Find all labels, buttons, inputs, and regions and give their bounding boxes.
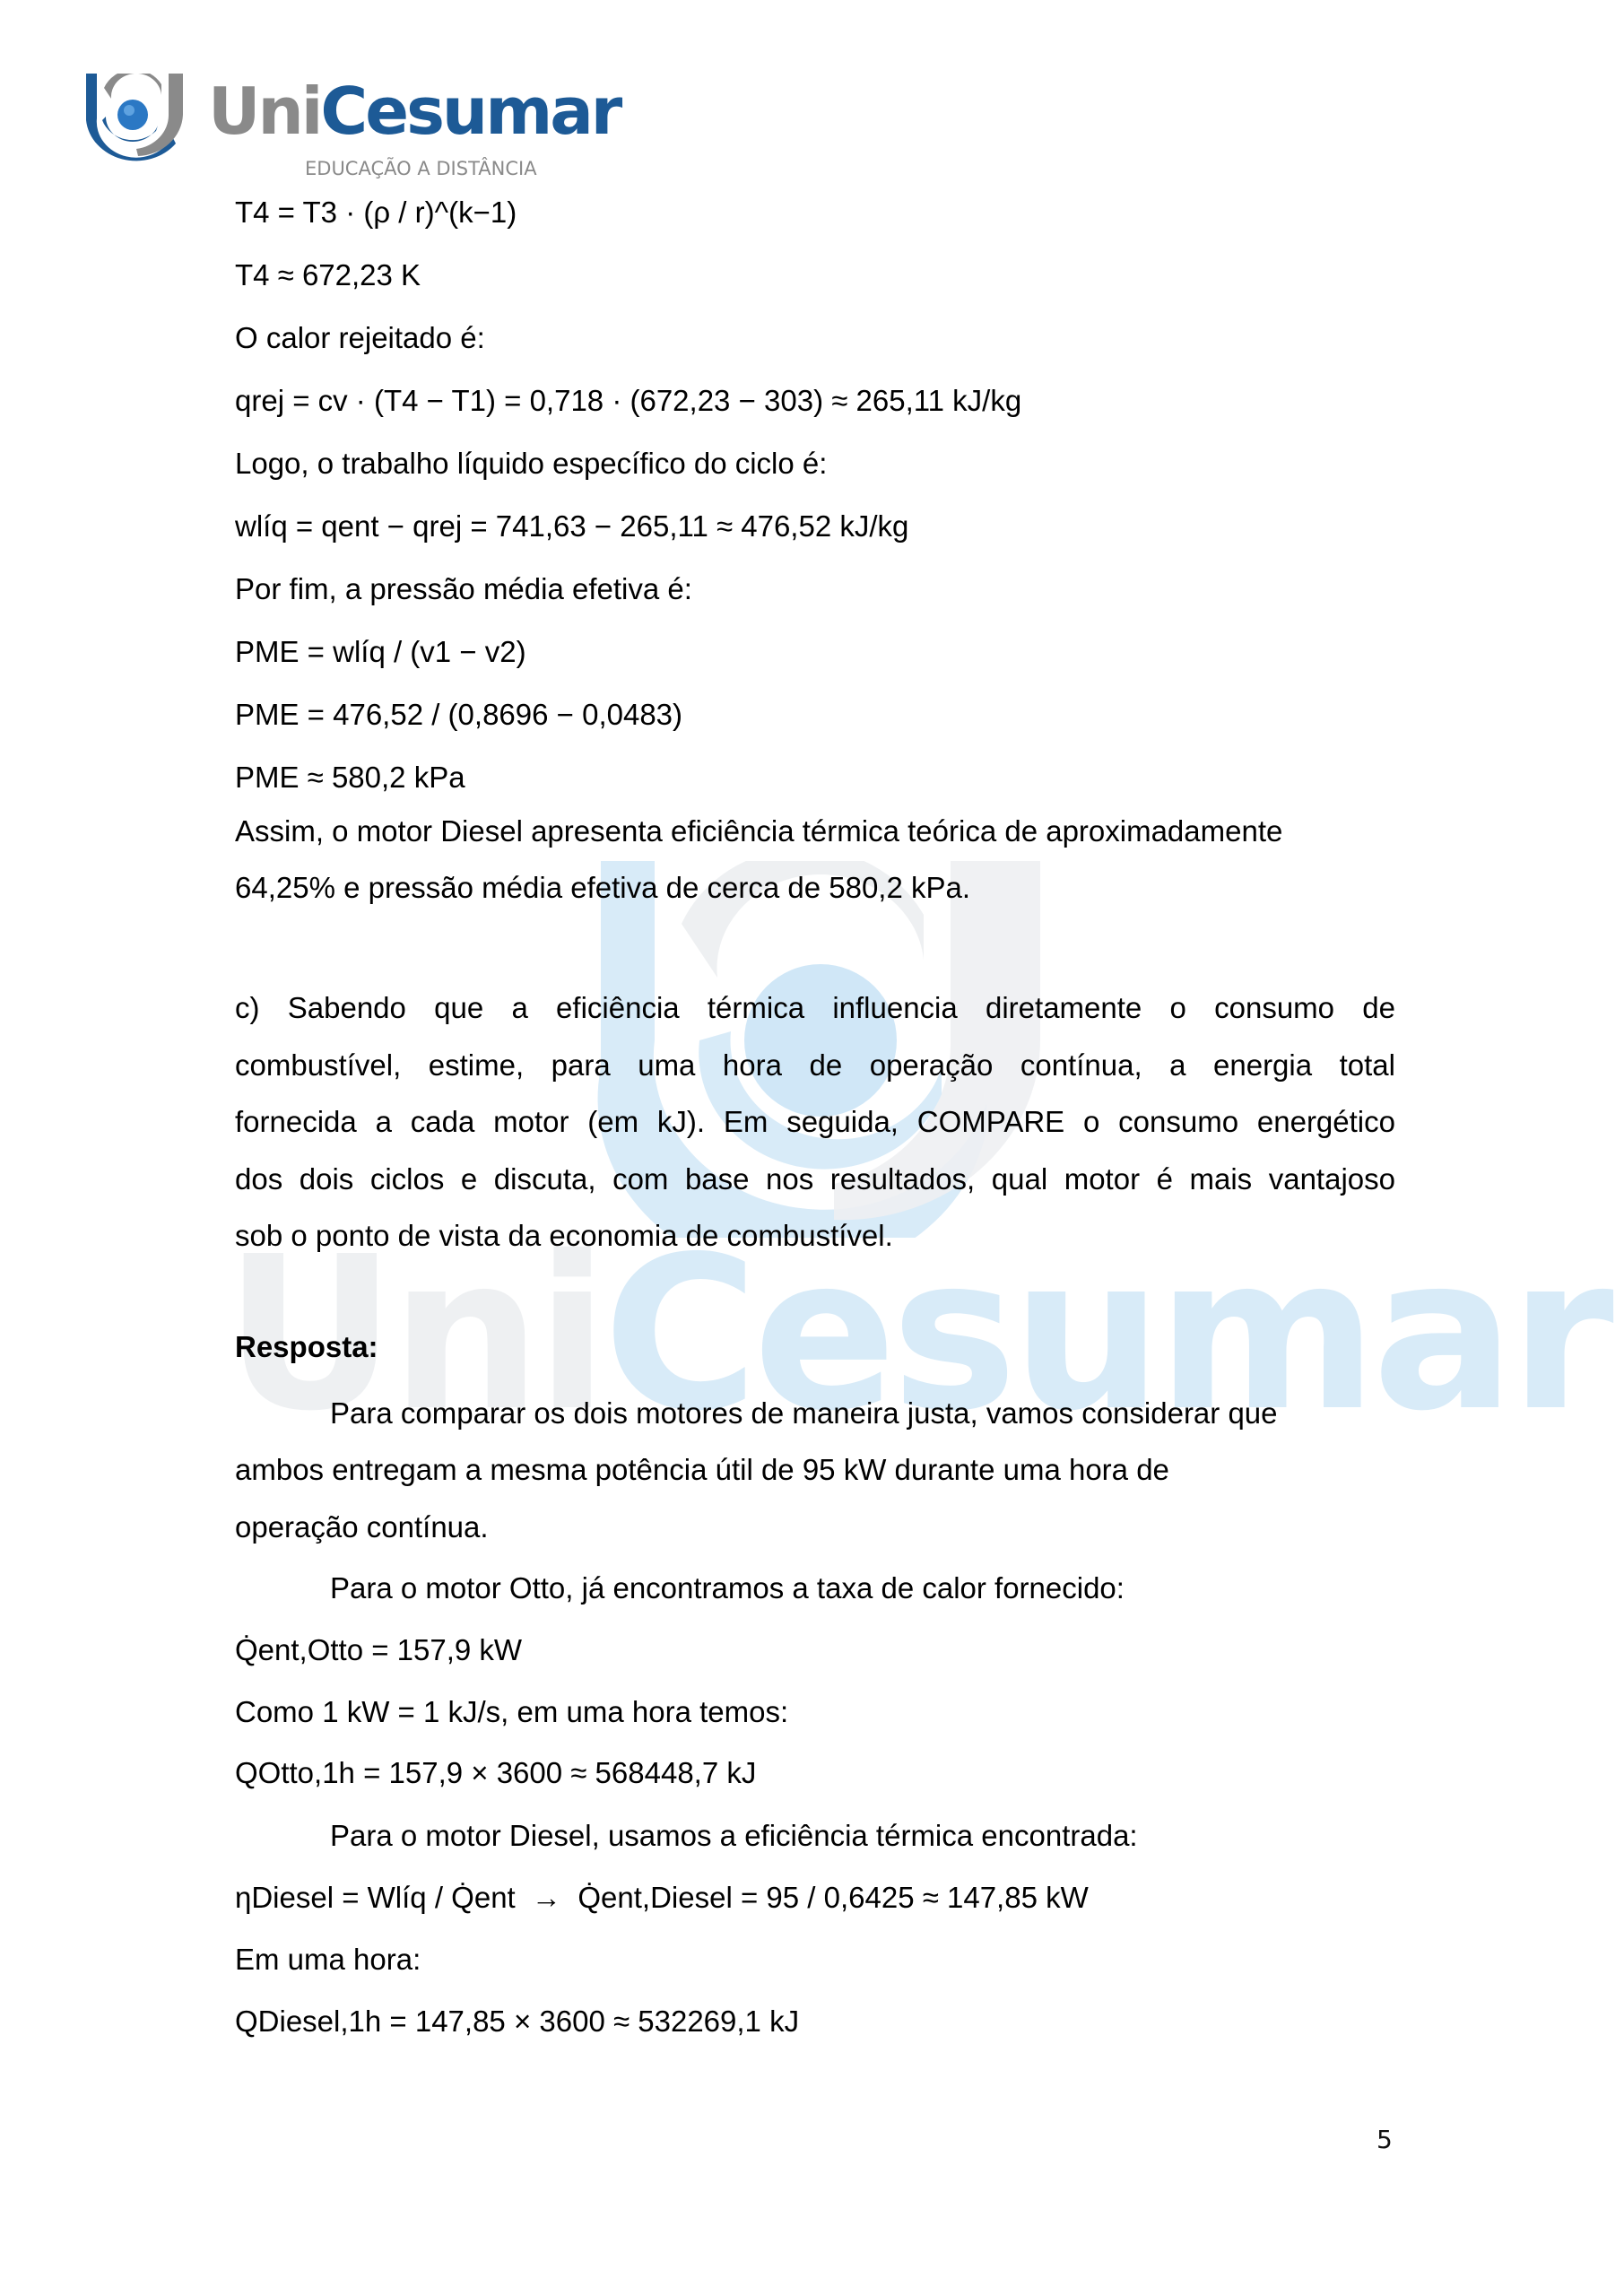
answer-intro-line: Para comparar os dois motores de maneira… [330,1396,1278,1430]
equation-line: T4 ≈ 672,23 K [235,258,421,291]
equation-line: T4 = T3 · (ρ / r)^(k−1) [235,196,517,229]
diesel-line: QDiesel,1h = 147,85 × 3600 ≈ 532269,1 kJ [235,2005,799,2038]
question-c-line: c) Sabendo que a eficiência térmica infl… [235,979,1395,1037]
question-c-line: dos dois ciclos e discuta, com base nos … [235,1151,1395,1208]
conclusion-line: Assim, o motor Diesel apresenta eficiênc… [235,814,1282,848]
question-c-line: sob o ponto de vista da economia de comb… [235,1207,1395,1265]
equation-line: PME ≈ 580,2 kPa [235,761,465,794]
otto-intro: Para o motor Otto, já encontramos a taxa… [330,1571,1125,1605]
question-c-line: fornecida a cada motor (em kJ). Em segui… [235,1093,1395,1151]
conclusion-line: 64,25% e pressão média efetiva de cerca … [235,871,970,904]
equation-line: qrej = cv · (T4 − T1) = 0,718 · (672,23 … [235,384,1021,417]
answer-heading: Resposta: [235,1330,378,1363]
logo-wordmark-cesumar: Cesumar [320,74,620,149]
question-c-paragraph: c) Sabendo que a eficiência térmica infl… [235,979,1395,1265]
logo-emblem-icon [83,74,188,161]
page-number: 5 [1376,2127,1393,2152]
answer-intro-line: operação contínua. [235,1510,489,1544]
document-page: UniCesumar UniCesumar EDUCAÇÃO A DISTÂNC… [0,0,1624,2296]
diesel-line: Em uma hora: [235,1943,421,1976]
equation-line: PME = 476,52 / (0,8696 − 0,0483) [235,698,682,731]
logo-wordmark: UniCesumar [208,79,620,143]
otto-line: Como 1 kW = 1 kJ/s, em uma hora temos: [235,1695,788,1728]
answer-intro-line: ambos entregam a mesma potência útil de … [235,1453,1169,1486]
diesel-line: ηDiesel = Wlíq / Q̇ent → Q̇ent,Diesel = … [235,1881,1089,1914]
equation-line: PME = wlíq / (v1 − v2) [235,635,526,668]
diesel-intro: Para o motor Diesel, usamos a eficiência… [330,1819,1138,1852]
equation-line: wlíq = qent − qrej = 741,63 − 265,11 ≈ 4… [235,509,908,543]
text-line: Por fim, a pressão média efetiva é: [235,572,692,605]
question-c-line: combustível, estime, para uma hora de op… [235,1037,1395,1094]
logo-tagline: EDUCAÇÃO A DISTÂNCIA [305,160,537,178]
otto-line: QOtto,1h = 157,9 × 3600 ≈ 568448,7 kJ [235,1756,756,1789]
unicesumar-logo: UniCesumar EDUCAÇÃO A DISTÂNCIA [83,74,585,179]
text-line: O calor rejeitado é: [235,321,485,354]
logo-wordmark-uni: Uni [208,74,320,149]
text-line: Logo, o trabalho líquido específico do c… [235,447,827,480]
otto-line: Q̇ent,Otto = 157,9 kW [235,1633,522,1666]
